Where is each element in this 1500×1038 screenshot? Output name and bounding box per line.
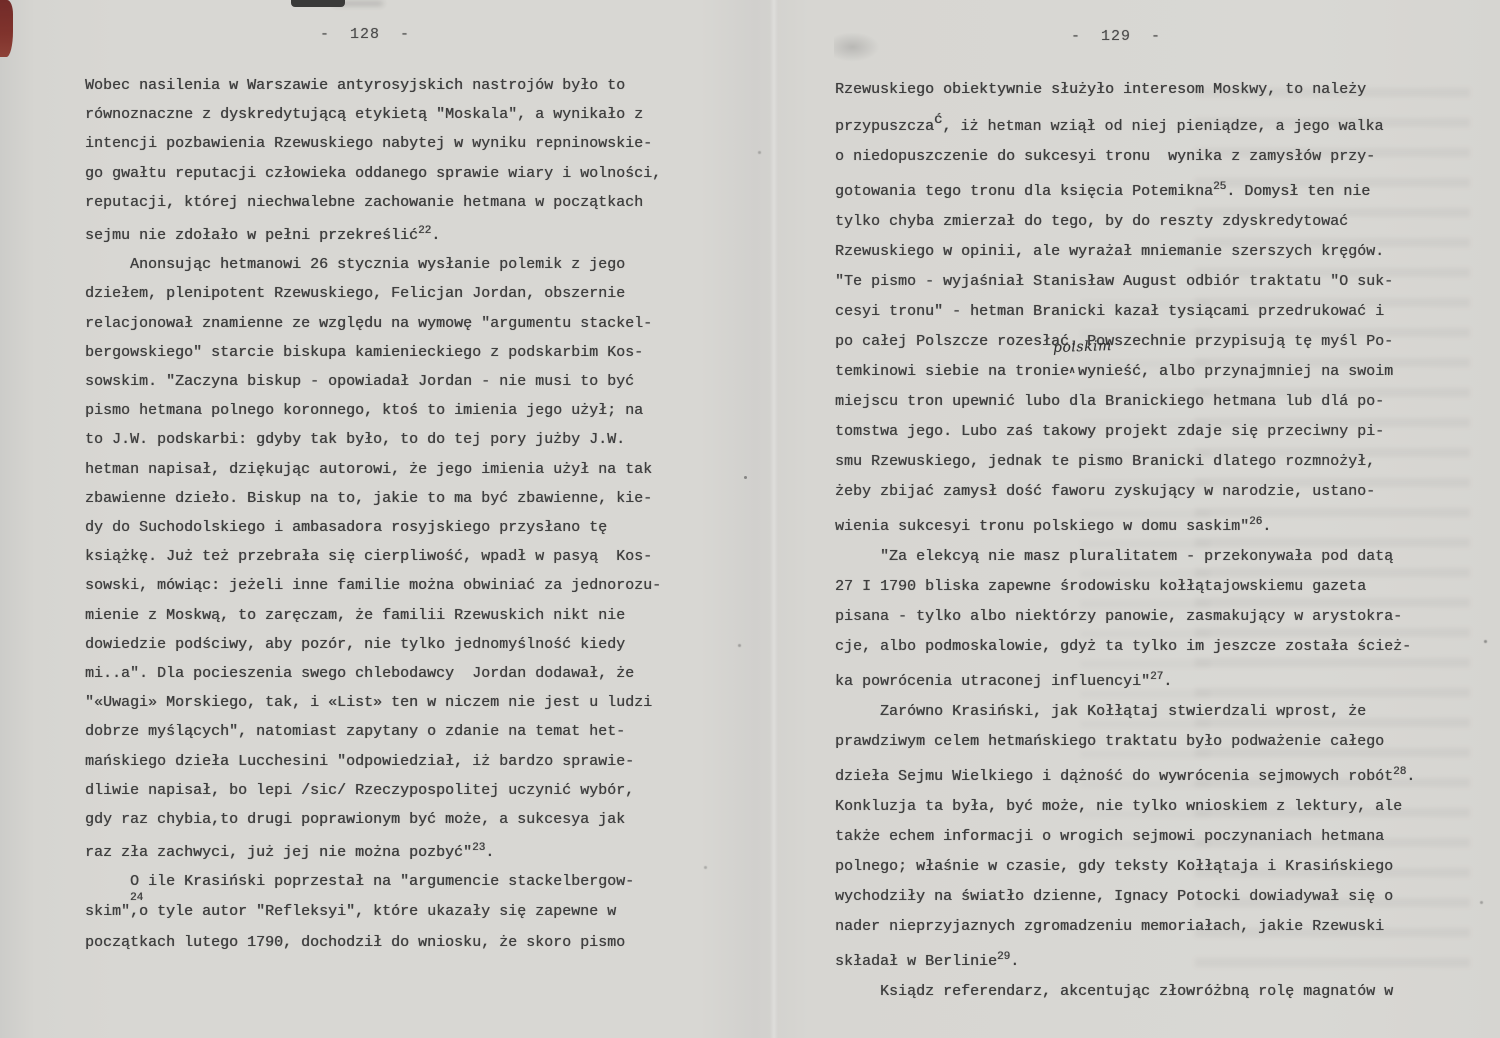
page-129-text: Rzewuskiego obiektywnie służyło intereso… — [835, 75, 1475, 1007]
footnote-superscript: 26 — [1249, 516, 1262, 528]
handwritten-word: polskim — [1053, 331, 1113, 363]
footnote-superscript: 25 — [1213, 181, 1226, 193]
typescript-line: Rzewuskiego w opinii, ale wyrażał mniema… — [835, 237, 1475, 267]
typescript-line: o niedopuszczenie do sukcesyi tronu wyni… — [835, 142, 1475, 172]
typescript-line: wychodziły na światło dzienne, Ignacy Po… — [835, 882, 1475, 912]
typescript-line: intencji pozbawienia Rzewuskiego nabytej… — [85, 129, 725, 158]
faint-smudge-right-page — [834, 32, 880, 62]
page-number-128: - 128 - — [320, 26, 410, 43]
typescript-line: tylko chyba zmierzał do tego, by do resz… — [835, 207, 1475, 237]
typescript-line: dzieła Sejmu Wielkiego i dążność do wywr… — [835, 757, 1475, 792]
typescript-line: hetman napisał, dziękując autorowi, że j… — [85, 455, 725, 484]
typescript-line: gotowania tego tronu dla księcia Potemik… — [835, 172, 1475, 207]
typescript-line: książkę. Już też przebrała się cierpliwo… — [85, 542, 725, 571]
typescript-line: dliwie napisał, bo lepi /sic/ Rzeczyposp… — [85, 776, 725, 805]
typescript-line: po całej Polszcze rozesłać. Powszechnie … — [835, 327, 1475, 357]
typescript-line: dy do Suchodolskiego i ambasadora rosyjs… — [85, 513, 725, 542]
typescript-line: mienie z Moskwą, to zaręczam, że familii… — [85, 601, 725, 630]
typescript-line: reputacji, której niechwalebne zachowani… — [85, 188, 725, 217]
typescript-line: "Za elekcyą nie masz pluralitatem - prze… — [835, 542, 1475, 572]
page-number-129: - 129 - — [1071, 28, 1161, 45]
red-corner-stain — [0, 0, 13, 57]
footnote-superscript: 22 — [418, 225, 431, 237]
typescript-line: sowski, mówiąc: jeżeli inne familie możn… — [85, 571, 725, 600]
typescript-line: żeby zbijać zamysł dość faworu zyskujący… — [835, 477, 1475, 507]
typescript-line: zbawienne dzieło. Biskup na to, jakie to… — [85, 484, 725, 513]
typescript-line: ka powrócenia utraconej influencyi"27. — [835, 662, 1475, 697]
typescript-line: skim"24,o tyle autor "Refleksyi", które … — [85, 897, 725, 928]
typescript-line: cje, albo podmoskalowie, gdyż ta tylko i… — [835, 632, 1475, 662]
typescript-line: początkach lutego 1790, dochodził do wni… — [85, 928, 725, 957]
typescript-line: Wobec nasilenia w Warszawie antyrosyjski… — [85, 71, 725, 100]
footnote-superscript: 28 — [1393, 766, 1406, 778]
typescript-line: sejmu nie zdołało w pełni przekreślić22. — [85, 217, 725, 250]
typescript-line: dobrze myślących", natomiast zapytany o … — [85, 717, 725, 746]
typescript-line: Ksiądz referendarz, akcentując złowróżbn… — [835, 977, 1475, 1007]
typescript-line: "Te pismo - wyjaśniał Stanisław August o… — [835, 267, 1475, 297]
typescript-line: to J.W. podskarbi: gdyby tak było, to do… — [85, 425, 725, 454]
typescript-line: gdy raz chybia,to drugi poprawionym być … — [85, 805, 725, 834]
typescript-line: przypuszczać, iż hetman wziął od niej pi… — [835, 105, 1475, 142]
footnote-superscript: 29 — [997, 951, 1010, 963]
typescript-line: pismo hetmana polnego koronnego, ktoś to… — [85, 396, 725, 425]
top-edge-smudge — [291, 0, 345, 7]
typescript-line: także echem informacji o wrogich sejmowi… — [835, 822, 1475, 852]
scanned-book-spread: - 128 - Wobec nasilenia w Warszawie anty… — [0, 0, 1500, 1038]
typescript-line: tomstwa jego. Lubo zaś takowy projekt zd… — [835, 417, 1475, 447]
typescript-line: sowskim. "Zaczyna biskup - opowiadał Jor… — [85, 367, 725, 396]
handwritten-insertion: polskim∧ — [1069, 360, 1078, 375]
typescript-line: mi..a". Dla pocieszenia swego chlebodawc… — [85, 659, 725, 688]
typescript-line: raz zła zachwyci, już jej nie można pozb… — [85, 834, 725, 867]
typescript-line: polnego; właśnie w czasie, gdy teksty Ko… — [835, 852, 1475, 882]
typescript-line: relacjonował znamienne ze względu na wym… — [85, 309, 725, 338]
typescript-line: Konkluzja ta była, być może, nie tylko w… — [835, 792, 1475, 822]
dust-specks — [744, 476, 747, 479]
typescript-line: cesyi tronu" - hetman Branicki kazał tys… — [835, 297, 1475, 327]
page-128-text: Wobec nasilenia w Warszawie antyrosyjski… — [85, 71, 725, 957]
typescript-line: prawdziwym celem hetmańskiego traktatu b… — [835, 727, 1475, 757]
typescript-line: Zarówno Krasiński, jak Kołłątaj stwierdz… — [835, 697, 1475, 727]
typescript-line: wienia sukcesyi tronu polskiego w domu s… — [835, 507, 1475, 542]
typescript-line: dziełem, plenipotent Rzewuskiego, Felicj… — [85, 279, 725, 308]
raised-character: ć — [934, 112, 942, 128]
caret-mark: ∧ — [1069, 357, 1075, 387]
typescript-line: miejscu tron upewnić lubo dla Branickieg… — [835, 387, 1475, 417]
footnote-superscript: 27 — [1150, 671, 1163, 683]
typescript-line: równoznaczne z dyskredytującą etykietą "… — [85, 100, 725, 129]
typescript-line: mańskiego dzieła Lucchesini "odpowiedzia… — [85, 747, 725, 776]
typescript-line: smu Rzewuskiego, jednak te pismo Branick… — [835, 447, 1475, 477]
typescript-line: "«Uwagi» Morskiego, tak, i «List» ten w … — [85, 688, 725, 717]
typescript-line: Anonsując hetmanowi 26 stycznia wysłanie… — [85, 250, 725, 279]
gutter-fold — [770, 0, 778, 1038]
typescript-line: go gwałtu reputacji człowieka oddanego s… — [85, 159, 725, 188]
typescript-line: temkinowi siebie na troniepolskim∧wynieś… — [835, 357, 1475, 387]
typescript-line: dowiedzie podściwy, aby pozór, nie tylko… — [85, 630, 725, 659]
typescript-line: 27 I 1790 bliska zapewne środowisku kołł… — [835, 572, 1475, 602]
typescript-line: pisana - tylko albo niektórzy panowie, z… — [835, 602, 1475, 632]
typescript-line: Rzewuskiego obiektywnie służyło intereso… — [835, 75, 1475, 105]
typescript-line: nader nieprzyjaznych zgromadzeniu memori… — [835, 912, 1475, 942]
typescript-line: O ile Krasiński poprzestał na "argumenci… — [85, 867, 725, 896]
footnote-superscript: 23 — [472, 842, 485, 854]
typescript-line: składał w Berlinie29. — [835, 942, 1475, 977]
typescript-line: bergowskiego" starcie biskupa kamienieck… — [85, 338, 725, 367]
